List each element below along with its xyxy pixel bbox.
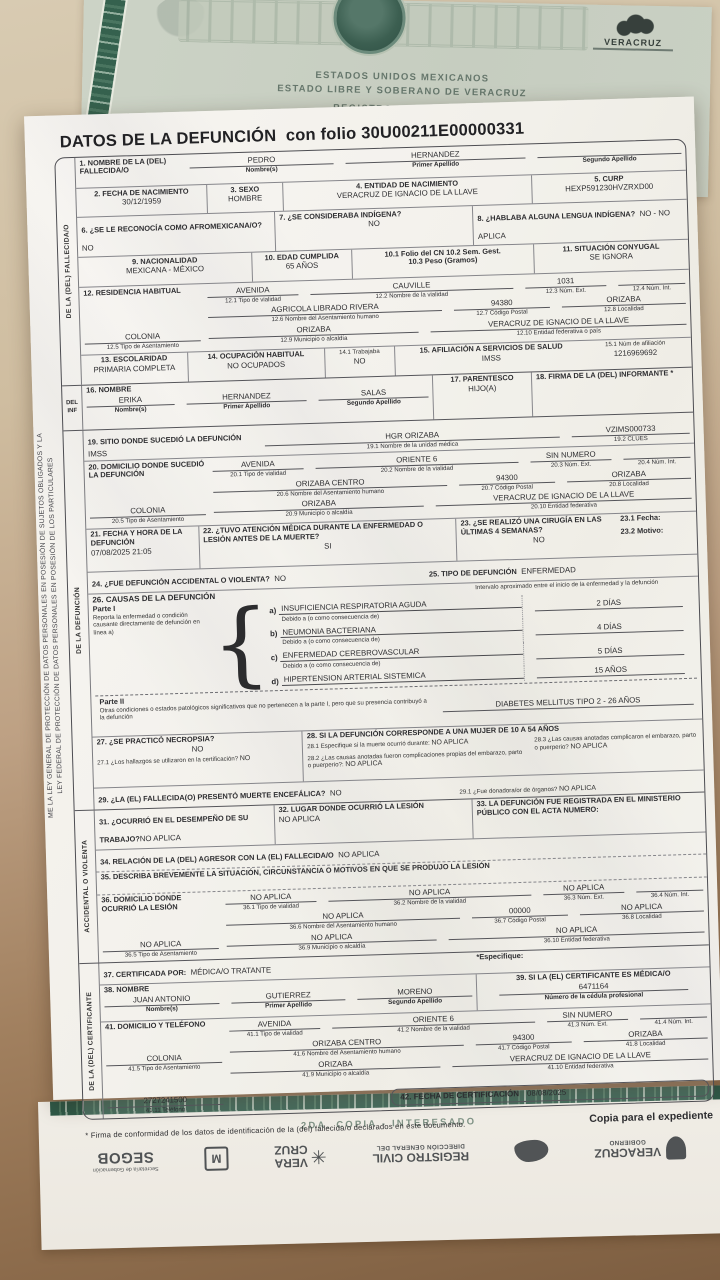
row-domicilio-certificante: 41. DOMICILIO Y TELÉFONO COLONIA41.5 Tip… [101,1004,714,1118]
veracruz-figures-icon [610,7,657,38]
f23-1-label: 23.1 Fecha: [620,513,692,524]
f19-label: 19. SITIO DONDE SUCEDIÓ LA DEFUNCIÓN [88,433,242,447]
f20-4-sublabel: 20.4 Núm. Int. [624,457,691,467]
f37-value: MÉDICA/O TRATANTE [190,966,271,977]
f36-7-sublabel: 36.7 Código Postal [472,916,568,927]
section-certificante-spine-label: DE LA (DEL) CERTIFICANTE [86,991,96,1090]
f42-label: 42. FECHA DE CERTIFICACIÓN [400,1089,519,1102]
f41-1-sublabel: 41.1 Tipo de vialidad [229,1029,320,1040]
f36-label: 36. DOMICILIO DONDE OCURRIÓ LA LESIÓN [101,893,217,914]
f27-1-value: NO [240,755,251,762]
section-fallecido: DE LA (DEL) FALLECIDA/O 1. NOMBRE DE LA … [55,140,691,386]
gobierno-shield-icon [666,1136,687,1159]
f20-3-sublabel: 20.3 Núm. Ext. [530,460,611,470]
cause-a-key: a) [269,606,276,615]
f29-label: 29. ¿LA (EL) FALLECIDA(O) PRESENTÓ MUERT… [98,789,325,805]
f24-label: 24. ¿FUE DEFUNCIÓN ACCIDENTAL O VIOLENTA… [92,575,270,589]
death-data-form-sheet: ME LA LEY GENERAL DE PROTECCIÓN DE DATOS… [24,96,720,1099]
folio-label: con folio [286,125,357,145]
f13-value: PRIMARIA COMPLETA [85,363,183,375]
f36-4-sublabel: 36.4 Núm. Int. [636,891,703,901]
registro-civil-label: REGISTRO CIVIL [372,1149,469,1164]
f41-4-sublabel: 41.4 Núm. Int. [640,1018,707,1028]
cause-c-key: c) [271,653,278,662]
f14-1-value: NO [329,355,390,366]
cause-b-interval: 4 DÍAS [535,620,683,635]
inverted-stamps-row: Secretaría de Gobernación SEGOB M ✳ VERA… [69,1134,709,1175]
veracruz-logo: VERACRUZ [593,7,674,52]
f12-1-sublabel: 12.1 Tipo de vialidad [207,295,298,306]
veracruz-gobierno-stamp: VERACRUZ GOBIERNO [594,1135,686,1161]
f12-4-sublabel: 12.4 Núm. Int. [618,283,685,293]
f21-value: 07/08/2025 21:05 [91,545,195,557]
cause-b-key: b) [270,629,278,638]
form-title-main: DATOS DE LA DEFUNCIÓN [60,127,277,151]
section-certificante: DE LA (DEL) CERTIFICANTE 37. CERTIFICADA… [79,945,713,1119]
f15-1-value: 1216969692 [583,347,687,359]
segob-stamp: Secretaría de Gobernación SEGOB [92,1148,159,1173]
f26-parte2-value: DIABETES MELLITUS TIPO 2 - 26 AÑOS [442,694,694,712]
f20-1-sublabel: 20.1 Tipo de vialidad [213,469,304,480]
f41-7-sublabel: 41.7 Código Postal [476,1043,572,1054]
f6-value: NO [82,243,94,252]
f28-2-value: NO APLICA [345,760,382,768]
segob-label: SEGOB [92,1148,158,1167]
m-logo-icon: M [204,1146,229,1171]
f37-label: 37. CERTIFICADA POR: [103,968,186,979]
f34-value: NO APLICA [338,850,379,860]
f12-7-sublabel: 12.7 Código Postal [454,308,550,319]
f27-1-label: 27.1 ¿Los hallazgos se utilizaron en la … [97,756,238,767]
brace-icon: { [211,600,272,690]
section-defuncion-spine-label: DE LA DEFUNCIÓN [74,587,83,654]
folio-value: 30U00211E00000331 [361,120,525,143]
f23-2-label: 23.2 Motivo: [621,526,693,537]
f3-value: HOMBRE [211,193,278,204]
f20-7-sublabel: 20.7 Código Postal [459,482,555,493]
f34-label: 34. RELACIÓN DE LA (DEL) AGRESOR CON LA … [100,851,334,867]
f28-3-label: 28.3 ¿Las causas anotadas complicaron el… [534,732,696,751]
f29-1-label: 29.1 ¿Fue donadora/or de órganos? [459,786,557,796]
section-informante-spine-label: DEL INF [64,400,79,415]
cause-d-key: d) [271,677,279,686]
cause-c-interval: 5 DÍAS [536,644,684,659]
f29-1-value: NO APLICA [559,785,596,793]
f36-3-sublabel: 36.3 Núm. Ext. [543,893,624,903]
cruz-label: CRUZ [274,1143,308,1158]
f24-value: NO [274,574,286,583]
f28-1-label: 28.1 Especifique si la muerte ocurrió du… [307,740,430,751]
f6-label: 6. ¿SE LE RECONOCÍA COMO AFROMEXICANA/O? [81,220,262,234]
f25-label: 25. TIPO DE DEFUNCIÓN [429,567,517,579]
f41-3-sublabel: 41.3 Núm. Ext. [547,1020,628,1030]
snowflake-icon: ✳ [310,1146,326,1165]
section-fallecido-spine-label: DE LA (DEL) FALLECIDA/O [63,224,73,318]
f1-label: 1. NOMBRE DE LA (DEL) FALLECIDA/O [79,156,181,176]
f28-3-value: NO APLICA [570,742,607,750]
f28-2-label: 28.2 ¿Las causas anotadas fueron complic… [307,748,522,769]
f12-label: 12. RESIDENCIA HABITUAL [83,286,199,298]
f41-label: 41. DOMICILIO Y TELÉFONO [105,1020,221,1032]
blob-icon [515,1139,550,1162]
f36-1-sublabel: 36.1 Tipo de vialidad [226,902,317,913]
veracruz-logo-text: VERACRUZ [593,37,673,49]
f28-1-value: NO APLICA [431,739,468,747]
vera-label: VERA [274,1156,308,1171]
ink-blob-stamp [515,1139,550,1162]
f29-value: NO [330,789,342,798]
veracruz-cruz-stamp: ✳ VERA CRUZ [274,1143,327,1169]
f42-value: 08/08/2025 [527,1087,566,1097]
photo-of-death-certificate: { "header": { "estados": "ESTADOS UNIDOS… [0,0,720,1280]
f18-label: 18. FIRMA DE LA (DEL) INFORMANTE * [536,369,688,382]
gobierno-name: VERACRUZ [595,1145,662,1159]
f25-value: ENFERMEDAD [521,566,576,577]
certification-date-box: 42. FECHA DE CERTIFICACIÓN 08/08/2025 [391,1079,709,1106]
form-table: DE LA (DEL) FALLECIDA/O 1. NOMBRE DE LA … [54,139,714,1120]
registro-civil-stamp: REGISTRO CIVIL DIRECCIÓN GENERAL DEL [372,1142,469,1164]
f16-nombre-sublabel: Nombre(s) [87,405,175,416]
cause-a-interval: 2 DÍAS [535,596,683,611]
f26-parte1-note: Reporta la enfermedad o condición causan… [93,611,212,637]
f33-label: 33. LA DEFUNCIÓN FUE REGISTRADA EN EL MI… [476,794,701,818]
section-violenta-spine-label: ACCIDENTAL O VIOLENTA [82,840,92,933]
section-defuncion: DE LA DEFUNCIÓN 19. SITIO DONDE SUCEDIÓ … [63,412,704,811]
veracruz-logo-underline [593,48,673,52]
row-causas: 26. CAUSAS DE LA DEFUNCIÓN Intervalo apr… [88,576,702,737]
f12-3-sublabel: 12.3 Núm. Ext. [525,286,606,296]
f20-label: 20. DOMICILIO DONDE SUCEDIÓ LA DEFUNCIÓN [88,460,204,481]
m-logo-stamp: M [204,1146,229,1171]
section-violenta: ACCIDENTAL O VIOLENTA 31. ¿OCURRIÓ EN EL… [75,792,709,963]
cause-d-interval: 15 AÑOS [537,663,685,678]
f31-value: NO APLICA [140,833,181,843]
f8-label: 8. ¿HABLABA ALGUNA LENGUA INDÍGENA? [477,209,635,223]
